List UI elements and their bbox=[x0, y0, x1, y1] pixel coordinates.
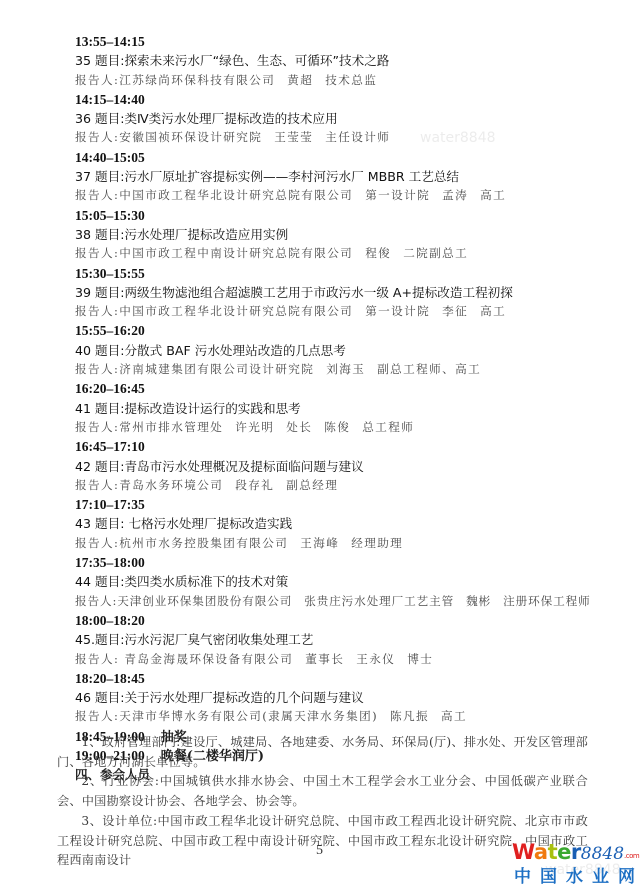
paragraph: 1、政府管理部门:建设厅、城建局、各地建委、水务局、环保局(厅)、排水处、开发区… bbox=[57, 733, 588, 772]
session-title: 41 题目:提标改造设计运行的实践和思考 bbox=[75, 399, 615, 418]
session-reporter: 报告人:江苏绿尚环保科技有限公司黄超技术总监 bbox=[75, 71, 615, 90]
session-title: 36 题目:类Ⅳ类污水处理厂提标改造的技术应用 bbox=[75, 109, 615, 128]
session-time: 15:30–15:55 bbox=[75, 264, 615, 283]
session-reporter: 报告人:中国市政工程中南设计研究总院有限公司程俊二院副总工 bbox=[75, 244, 615, 263]
paragraph: 3、设计单位:中国市政工程华北设计研究总院、中国市政工程西北设计研究院、北京市市… bbox=[57, 812, 588, 871]
page-number: 5 bbox=[316, 843, 323, 859]
session-title: 39 题目:两级生物滤池组合超滤膜工艺用于市政污水一级 A+提标改造工程初探 bbox=[75, 283, 615, 302]
session-time: 16:45–17:10 bbox=[75, 437, 615, 456]
session-title: 40 题目:分散式 BAF 污水处理站改造的几点思考 bbox=[75, 341, 615, 360]
session-time: 15:55–16:20 bbox=[75, 321, 615, 340]
document-page: water8848 water8848 13:55–14:15 35 题目:探索… bbox=[0, 0, 640, 891]
logo-wordmark: Water8848.com bbox=[512, 841, 634, 867]
session-reporter: 报告人:济南城建集团有限公司设计研究院刘海玉副总工程师、高工 bbox=[75, 360, 615, 379]
session-time: 14:15–14:40 bbox=[75, 90, 615, 109]
session-title: 35 题目:探索未来污水厂“绿色、生态、可循环”技术之路 bbox=[75, 51, 615, 70]
session-time: 17:35–18:00 bbox=[75, 553, 615, 572]
logo-chinese-name: 中国水业网 bbox=[514, 867, 634, 887]
session-reporter: 报告人:杭州市水务控股集团有限公司王海峰经理助理 bbox=[75, 534, 615, 553]
water8848-logo: Water8848.com 中国水业网 bbox=[512, 841, 634, 886]
session-time: 13:55–14:15 bbox=[75, 32, 615, 51]
session-time: 15:05–15:30 bbox=[75, 206, 615, 225]
session-time: 14:40–15:05 bbox=[75, 148, 615, 167]
session-reporter: 报告人:常州市排水管理处许光明处长陈俊总工程师 bbox=[75, 418, 615, 437]
session-title: 43 题目: 七格污水处理厂提标改造实践 bbox=[75, 514, 615, 533]
session-reporter: 报告人:中国市政工程华北设计研究总院有限公司第一设计院孟涛高工 bbox=[75, 186, 615, 205]
session-title: 42 题目:青岛市污水处理概况及提标面临问题与建议 bbox=[75, 457, 615, 476]
session-reporter: 报告人:中国市政工程华北设计研究总院有限公司第一设计院李征高工 bbox=[75, 302, 615, 321]
session-title: 37 题目:污水厂原址扩容提标实例——李村河污水厂 MBBR 工艺总结 bbox=[75, 167, 615, 186]
session-title: 44 题目:类四类水质标准下的技术对策 bbox=[75, 572, 615, 591]
session-reporter: 报告人:青岛水务环境公司段存礼副总经理 bbox=[75, 476, 615, 495]
session-reporter: 报告人:天津市华博水务有限公司(隶属天津水务集团)陈凡振高工 bbox=[75, 707, 615, 726]
session-time: 16:20–16:45 bbox=[75, 379, 615, 398]
paragraph: 2、行业协会:中国城镇供水排水协会、中国土木工程学会水工业分会、中国低碳产业联合… bbox=[57, 772, 588, 811]
session-time: 17:10–17:35 bbox=[75, 495, 615, 514]
schedule-list: 13:55–14:15 35 题目:探索未来污水厂“绿色、生态、可循环”技术之路… bbox=[75, 32, 615, 785]
session-title: 46 题目:关于污水处理厂提标改造的几个问题与建议 bbox=[75, 688, 615, 707]
session-title: 45.题目:污水污泥厂臭气密闭收集处理工艺 bbox=[75, 630, 615, 649]
session-time: 18:00–18:20 bbox=[75, 611, 615, 630]
session-time: 18:20–18:45 bbox=[75, 669, 615, 688]
session-reporter: 报告人:安徽国祯环保设计研究院王莹莹主任设计师 bbox=[75, 128, 615, 147]
session-title: 38 题目:污水处理厂提标改造应用实例 bbox=[75, 225, 615, 244]
session-reporter: 报告人:天津创业环保集团股份有限公司张贵庄污水处理厂工艺主管魏彬注册环保工程师 bbox=[75, 592, 615, 611]
session-reporter: 报告人: 青岛金海晟环保设备有限公司董事长王永仪博士 bbox=[75, 650, 615, 669]
